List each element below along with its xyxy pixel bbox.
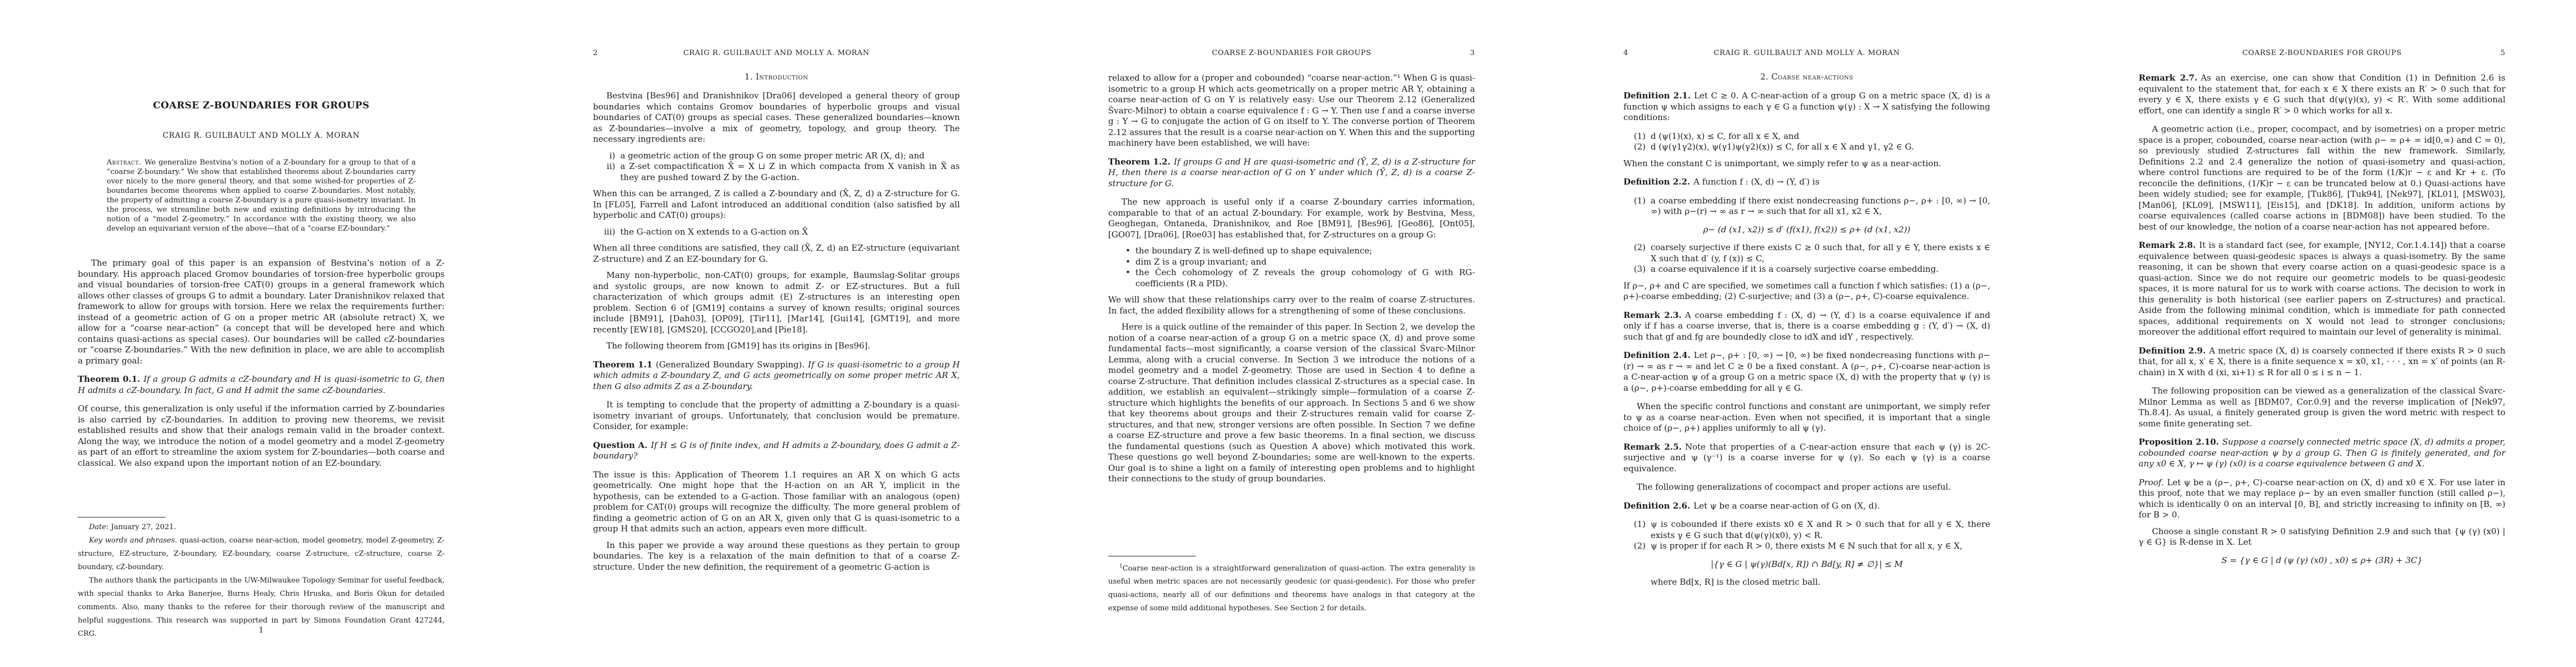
- footnote-area: 1Coarse near-action is a straightforward…: [1108, 556, 1475, 615]
- paragraph: The new approach is useful only if a coa…: [1108, 197, 1475, 240]
- list-item-marker: (2): [1623, 541, 1651, 552]
- list: i)a geometric action of the group G on s…: [593, 151, 960, 183]
- paragraph: The primary goal of this paper is an exp…: [78, 258, 445, 366]
- list-item: (1)d (ψ(1)(x), x) ≤ C, for all x ∈ X, an…: [1623, 131, 1990, 142]
- footnote: Date: January 27, 2021.: [78, 521, 445, 534]
- display-math: ρ− (d (x1, x2)) ≤ d′ (f(x1), f(x2)) ≤ ρ+…: [1623, 225, 1990, 236]
- list-item: (1)ψ is cobounded if there exists x0 ∈ X…: [1623, 519, 1990, 541]
- list-item-text: the G-action on X extends to a G-action …: [620, 227, 960, 238]
- statement-note: (Generalized Boundary Swapping).: [656, 360, 805, 370]
- authors-line: CRAIG R. GUILBAULT AND MOLLY A. MORAN: [78, 131, 445, 140]
- statement-label: Theorem 0.1.: [78, 374, 140, 384]
- statement-label: Remark 2.3.: [1623, 310, 1682, 320]
- list-item-text: d (ψ(1)(x), x) ≤ C, for all x ∈ X, and: [1651, 131, 1990, 142]
- abstract: Abstract.We generalize Bestvina’s notion…: [107, 158, 416, 233]
- paragraph: If ρ−, ρ+ and C are specified, we someti…: [1623, 281, 1990, 302]
- list-item-marker: (1): [1623, 196, 1651, 217]
- paragraph: When the constant C is unimportant, we s…: [1623, 158, 1990, 170]
- running-head-title: COARSE Z-BOUNDARIES FOR GROUPS: [1212, 49, 1372, 57]
- statement-block: Definition 2.1.Let C ≥ 0. A C-near-actio…: [1623, 91, 1990, 123]
- footnote-rule: [1108, 556, 1196, 556]
- statement-label: Remark 2.8.: [2139, 240, 2196, 250]
- paragraph: relaxed to allow for a (proper and cobou…: [1108, 73, 1475, 149]
- list-item-text: the boundary Z is well-defined up to sha…: [1135, 246, 1475, 257]
- paragraph: Of course, this generalization is only u…: [78, 404, 445, 469]
- display-math: S = {γ ∈ G | d (ψ (γ) (x0) , x0) ≤ ρ+ (3…: [2139, 555, 2505, 566]
- paragraph: It is tempting to conclude that the prop…: [593, 400, 960, 432]
- footnote-lead: Date: [89, 523, 106, 531]
- page-number-header: 2: [593, 49, 598, 57]
- running-head: 2CRAIG R. GUILBAULT AND MOLLY A. MORAN: [593, 49, 960, 58]
- paragraph: When this can be arranged, Z is called a…: [593, 188, 960, 221]
- proof-label: Proof.: [2139, 477, 2164, 487]
- paragraph: Many non-hyperbolic, non-CAT(0) groups, …: [593, 270, 960, 335]
- list: iii)the G-action on X extends to a G-act…: [593, 227, 960, 238]
- display-math: |{γ ∈ G | ψ(γ)(Bd[x, R]) ∩ Bd[y, R] ≠ ∅}…: [1623, 559, 1990, 570]
- list-item: •dim Z is a group invariant; and: [1108, 257, 1475, 268]
- list: (2)coarsely surjective if there exists C…: [1623, 242, 1990, 275]
- list-item: ii)a Z-set compactification X̄ = X ⊔ Z i…: [593, 161, 960, 183]
- statement-block: Definition 2.2.A function f : (X, d) → (…: [1623, 177, 1990, 188]
- page-content: COARSE Z-BOUNDARIES FOR GROUPS5Remark 2.…: [2139, 49, 2505, 573]
- page-3: COARSE Z-BOUNDARIES FOR GROUPS3relaxed t…: [1030, 0, 1546, 667]
- abstract-text: We generalize Bestvina’s notion of a Z-b…: [107, 158, 416, 233]
- statement-block: Definition 2.9.A metric space (X, d) is …: [2139, 346, 2505, 379]
- statement-block: Definition 2.6.Let ψ be a coarse near-ac…: [1623, 501, 1990, 512]
- paragraph: The following theorem from [GM19] has it…: [593, 341, 960, 352]
- section-heading: 1. Introduction: [593, 73, 960, 82]
- statement-block: Remark 2.3.A coarse embedding f : (X, d)…: [1623, 310, 1990, 343]
- list-item-text: a coarse embedding if there exist nondec…: [1651, 196, 1990, 217]
- list-item-text: a Z-set compactification X̄ = X ⊔ Z in w…: [620, 161, 960, 183]
- footnote-rule: [78, 517, 166, 517]
- list-item-marker: iii): [593, 227, 620, 238]
- list-item-marker: •: [1108, 267, 1135, 289]
- paper-title: COARSE Z-BOUNDARIES FOR GROUPS: [78, 100, 445, 111]
- statement-label: Definition 2.9.: [2139, 346, 2206, 356]
- list-item: •the boundary Z is well-defined up to sh…: [1108, 246, 1475, 257]
- statement-label: Definition 2.4.: [1623, 350, 1691, 360]
- running-head-title: COARSE Z-BOUNDARIES FOR GROUPS: [2243, 49, 2402, 57]
- list: (1)a coarse embedding if there exist non…: [1623, 196, 1990, 217]
- page-content: COARSE Z-BOUNDARIES FOR GROUPS3relaxed t…: [1108, 49, 1475, 490]
- statement-block: Theorem 1.2.If groups G and H are quasi-…: [1108, 157, 1475, 190]
- paragraph: The following proposition can be viewed …: [2139, 386, 2505, 429]
- abstract-label: Abstract.: [107, 158, 141, 167]
- paragraph: The issue is this: Application of Theore…: [593, 470, 960, 535]
- statement-block: Remark 2.7.As an exercise, one can show …: [2139, 73, 2505, 116]
- footnote-area: Date: January 27, 2021.Key words and phr…: [78, 517, 445, 641]
- list: (1)ψ is cobounded if there exists x0 ∈ X…: [1623, 519, 1990, 552]
- statement-block: Theorem 1.1(Generalized Boundary Swappin…: [593, 360, 960, 392]
- page-number-header: 3: [1470, 49, 1475, 57]
- list-item: (2)coarsely surjective if there exists C…: [1623, 242, 1990, 264]
- paragraph: Bestvina [Bes96] and Dranishnikov [Dra06…: [593, 91, 960, 145]
- list-item: (3)a coarse equivalence if it is a coars…: [1623, 264, 1990, 275]
- paragraph: When the specific control functions and …: [1623, 401, 1990, 434]
- paragraph: Choose a single constant R > 0 satisfyin…: [2139, 526, 2505, 548]
- list-item: (2)ψ is proper if for each R > 0, there …: [1623, 541, 1990, 552]
- statement-block: Question A.If H ≤ G is of finite index, …: [593, 440, 960, 462]
- running-head: COARSE Z-BOUNDARIES FOR GROUPS5: [2139, 49, 2505, 58]
- running-head-title: CRAIG R. GUILBAULT AND MOLLY A. MORAN: [1713, 49, 1900, 57]
- statement-label: Theorem 1.2.: [1108, 157, 1170, 167]
- running-head: 4CRAIG R. GUILBAULT AND MOLLY A. MORAN: [1623, 49, 1990, 58]
- statement-label: Definition 2.6.: [1623, 501, 1690, 511]
- list-item-text: a coarse equivalence if it is a coarsely…: [1651, 264, 1990, 275]
- page-content: 2CRAIG R. GUILBAULT AND MOLLY A. MORAN1.…: [593, 49, 960, 578]
- page-1: COARSE Z-BOUNDARIES FOR GROUPSCRAIG R. G…: [0, 0, 515, 667]
- paragraph: In this paper we provide a way around th…: [593, 540, 960, 573]
- page-4: 4CRAIG R. GUILBAULT AND MOLLY A. MORAN2.…: [1546, 0, 2061, 667]
- page-content: 4CRAIG R. GUILBAULT AND MOLLY A. MORAN2.…: [1623, 49, 1990, 594]
- list-item-text: ψ is cobounded if there exists x0 ∈ X an…: [1651, 519, 1990, 541]
- list-item: i)a geometric action of the group G on s…: [593, 151, 960, 162]
- list-item-marker: (1): [1623, 131, 1651, 142]
- page-2: 2CRAIG R. GUILBAULT AND MOLLY A. MORAN1.…: [515, 0, 1030, 667]
- statement-label: Definition 2.1.: [1623, 91, 1691, 101]
- list-item-marker: (2): [1623, 242, 1651, 264]
- list-item-marker: i): [593, 151, 620, 162]
- statement-label: Question A.: [593, 440, 647, 450]
- statement-label: Proposition 2.10.: [2139, 437, 2219, 447]
- paragraph: We will show that these relationships ca…: [1108, 295, 1475, 316]
- list: •the boundary Z is well-defined up to sh…: [1108, 246, 1475, 289]
- section-heading: 2. Coarse near-actions: [1623, 73, 1990, 82]
- page-number-header: 4: [1623, 49, 1628, 57]
- statement-label: Theorem 1.1: [593, 360, 652, 370]
- list-item-text: coarsely surjective if there exists C ≥ …: [1651, 242, 1990, 264]
- list-item-marker: •: [1108, 246, 1135, 257]
- list-item: iii)the G-action on X extends to a G-act…: [593, 227, 960, 238]
- statement-text: Let ψ be a coarse near-action of G on (X…: [1693, 501, 1880, 511]
- page-content: COARSE Z-BOUNDARIES FOR GROUPSCRAIG R. G…: [78, 100, 445, 474]
- list-item: (2)d (ψ(γ1γ2)(x), ψ(γ1)ψ(γ2)(x)) ≤ C, fo…: [1623, 142, 1990, 153]
- paragraph: When all three conditions are satisfied,…: [593, 243, 960, 265]
- list: (1)d (ψ(1)(x), x) ≤ C, for all x ∈ X, an…: [1623, 131, 1990, 153]
- list-item-marker: ii): [593, 161, 620, 183]
- page-5: COARSE Z-BOUNDARIES FOR GROUPS5Remark 2.…: [2061, 0, 2576, 667]
- statement-block: Remark 2.5.Note that properties of a C-n…: [1623, 442, 1990, 475]
- statement-block: Remark 2.8.It is a standard fact (see, f…: [2139, 240, 2505, 338]
- statement-text: It is a standard fact (see, for example,…: [2139, 240, 2505, 337]
- statement-label: Remark 2.5.: [1623, 442, 1682, 452]
- paragraph: The following generalizations of cocompa…: [1623, 482, 1990, 493]
- list-item-marker: (3): [1623, 264, 1651, 275]
- statement-text: If H ≤ G is of finite index, and H admit…: [593, 440, 960, 461]
- footnote-text: : January 27, 2021.: [106, 523, 176, 531]
- list-item-marker: •: [1108, 257, 1135, 268]
- paragraph: Here is a quick outline of the remainder…: [1108, 322, 1475, 485]
- proof-block: Proof.Let ψ be a (ρ−, ρ+, C)-coarse near…: [2139, 477, 2505, 521]
- list-item-text: d (ψ(γ1γ2)(x), ψ(γ1)ψ(γ2)(x)) ≤ C, for a…: [1651, 142, 1990, 153]
- footnote: Key words and phrases. quasi-action, coa…: [78, 534, 445, 574]
- statement-block: Proposition 2.10.Suppose a coarsely conn…: [2139, 437, 2505, 470]
- list-continuation: where Bd[x, R] is the closed metric ball…: [1651, 577, 1990, 588]
- statement-label: Definition 2.2.: [1623, 177, 1690, 187]
- statement-text: A function f : (X, d) → (Y, d′) is: [1693, 177, 1819, 187]
- footnote-lead: Key words and phrases.: [89, 536, 177, 545]
- paragraph: A geometric action (i.e., proper, cocomp…: [2139, 124, 2505, 232]
- list-item-marker: (1): [1623, 519, 1651, 541]
- footnote: 1Coarse near-action is a straightforward…: [1108, 560, 1475, 615]
- statement-label: Remark 2.7.: [2139, 73, 2198, 83]
- statement-block: Definition 2.4.Let ρ−, ρ+ : [0, ∞) → [0,…: [1623, 350, 1990, 394]
- list-item-text: the Čech cohomology of Z reveals the gro…: [1135, 267, 1475, 289]
- list-item: •the Čech cohomology of Z reveals the gr…: [1108, 267, 1475, 289]
- list-item-text: a geometric action of the group G on som…: [620, 151, 960, 162]
- document-canvas: arXiv:2010.08064v2 [math.GT] 1 Feb 2021 …: [0, 0, 2576, 667]
- footnote-text: Coarse near-action is a straightforward …: [1108, 564, 1475, 613]
- list-item-marker: (2): [1623, 142, 1651, 153]
- list-item-text: dim Z is a group invariant; and: [1135, 257, 1475, 268]
- list-item: (1)a coarse embedding if there exist non…: [1623, 196, 1990, 217]
- statement-block: Theorem 0.1.If a group G admits a cZ-bou…: [78, 374, 445, 396]
- proof-text: Let ψ be a (ρ−, ρ+, C)-coarse near-actio…: [2139, 477, 2505, 520]
- page-number-header: 5: [2500, 49, 2505, 57]
- running-head-title: CRAIG R. GUILBAULT AND MOLLY A. MORAN: [683, 49, 869, 57]
- pages-row: COARSE Z-BOUNDARIES FOR GROUPSCRAIG R. G…: [0, 0, 2576, 667]
- list-item-text: ψ is proper if for each R > 0, there exi…: [1651, 541, 1990, 552]
- page-number-footer: 1: [78, 626, 445, 635]
- running-head: COARSE Z-BOUNDARIES FOR GROUPS3: [1108, 49, 1475, 58]
